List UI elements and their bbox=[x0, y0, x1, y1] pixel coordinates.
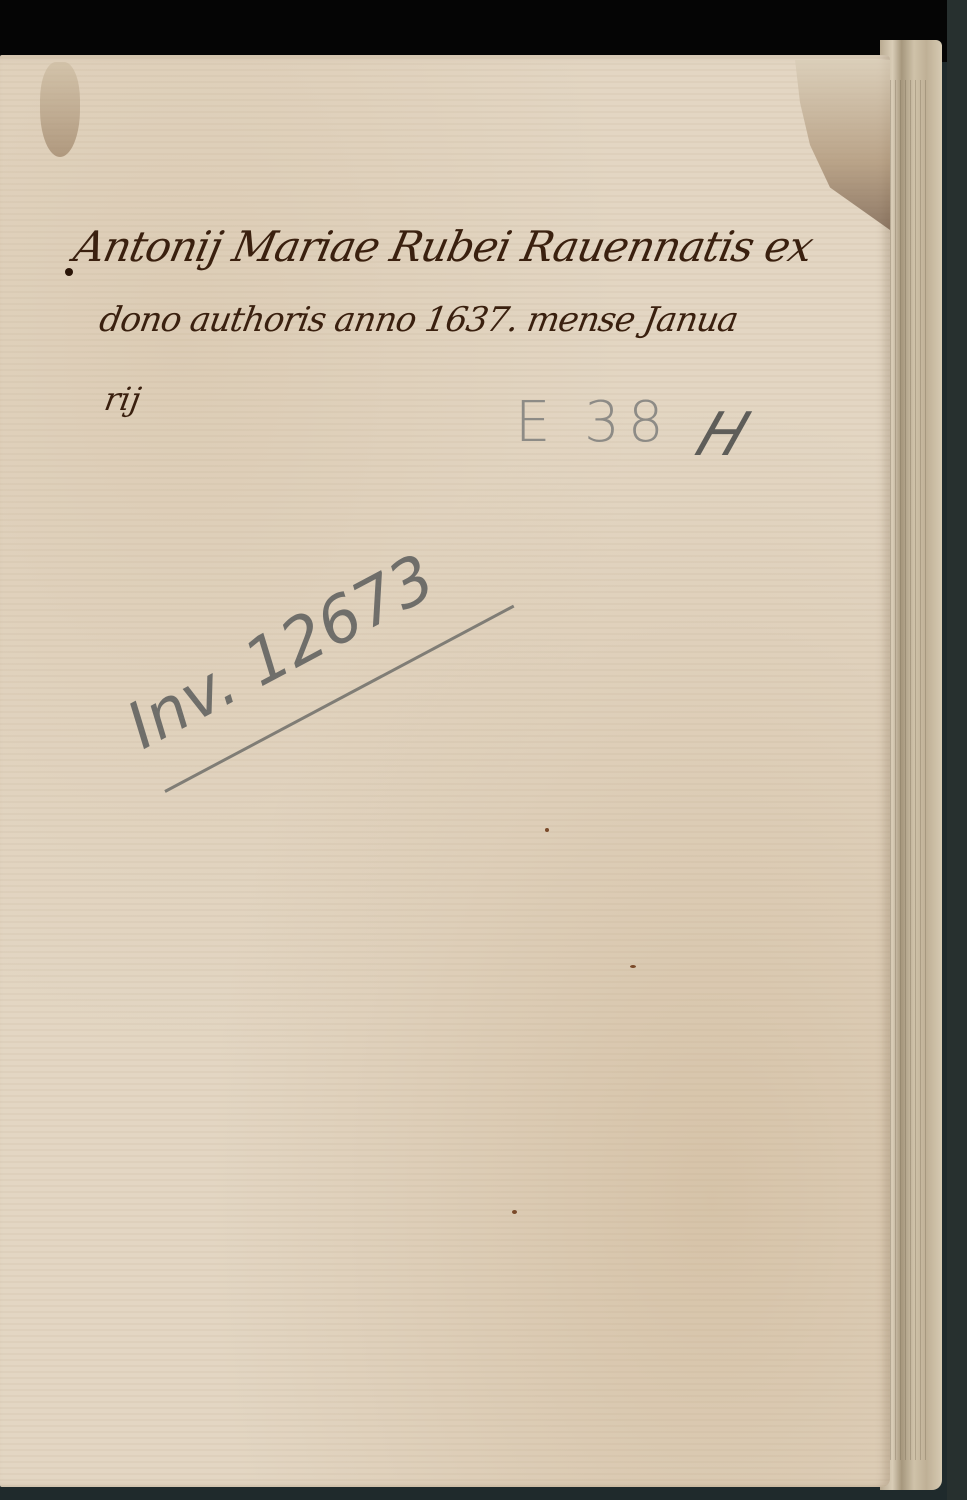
shelfmark-code: E 38 bbox=[515, 390, 671, 455]
foxing-spot bbox=[512, 1210, 517, 1214]
inscription-line-1: Antonij Mariae Rubei Rauennatis ex bbox=[70, 222, 817, 271]
binding-tie bbox=[40, 62, 80, 157]
inscription-line-3: rij bbox=[102, 380, 144, 418]
inscription-line-2: dono authoris anno 1637. mense Janua bbox=[96, 300, 740, 340]
foxing-spot bbox=[545, 828, 549, 832]
foxing-spot bbox=[65, 268, 73, 276]
background-right bbox=[947, 0, 967, 1500]
foxing-spot bbox=[630, 965, 636, 968]
page-edge-lines bbox=[890, 80, 930, 1460]
background-top bbox=[0, 0, 967, 62]
